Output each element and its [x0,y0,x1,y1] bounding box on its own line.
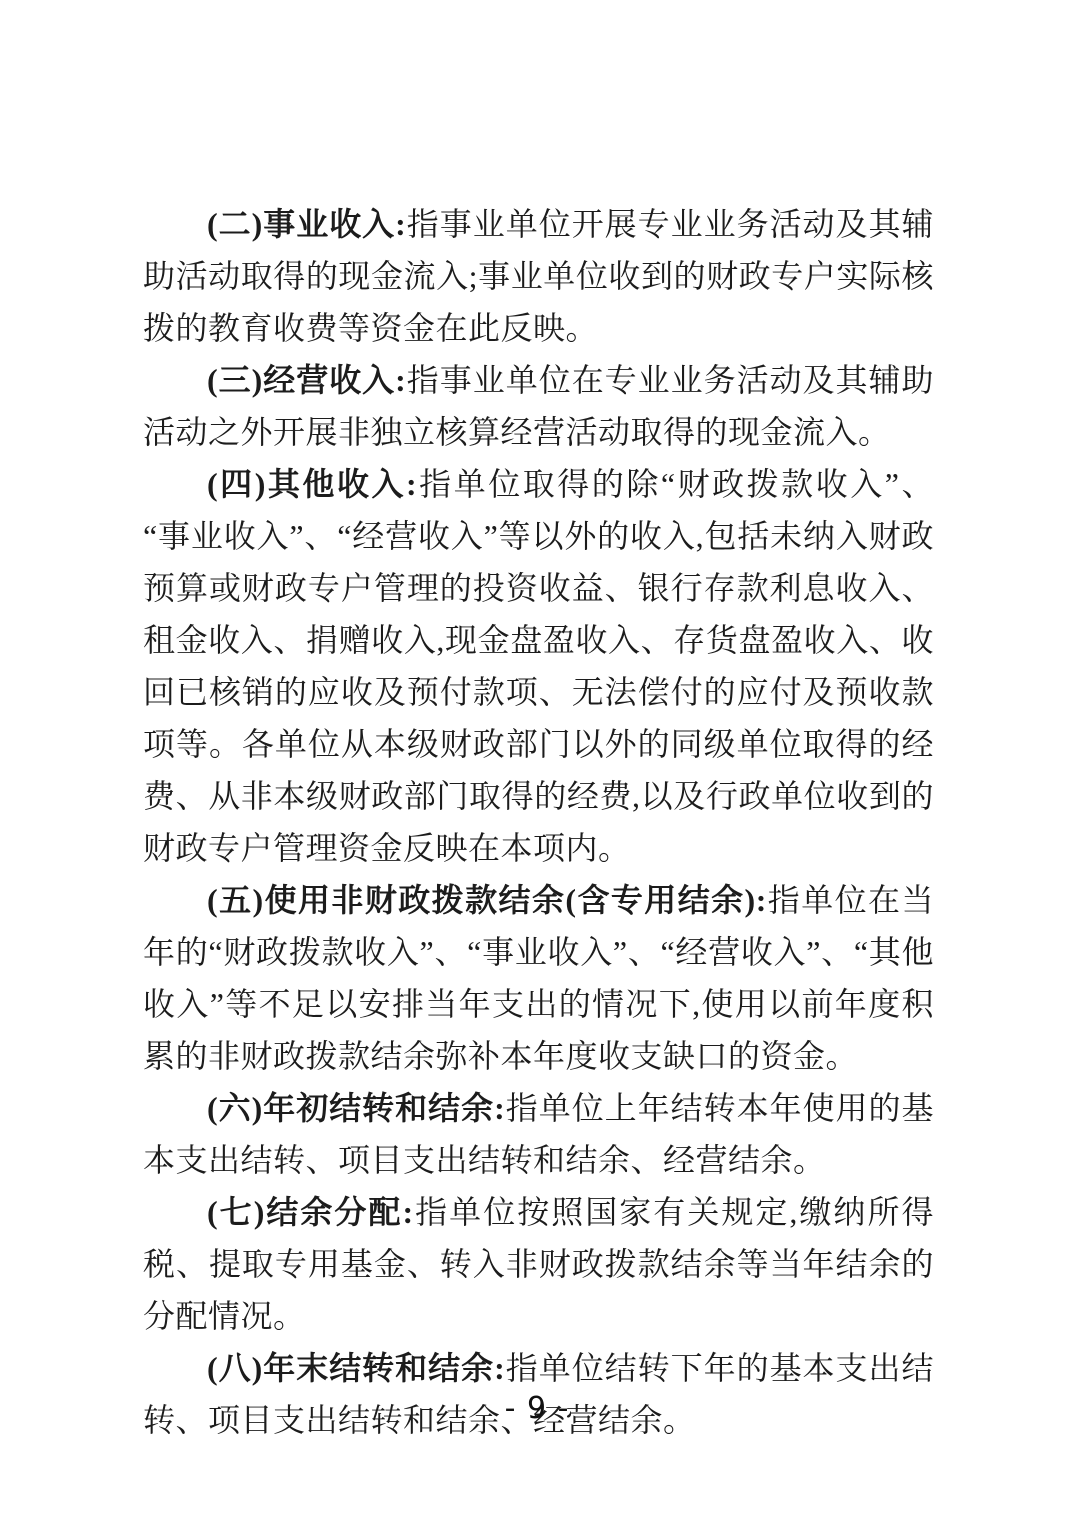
section-paragraph: (六)年初结转和结余:指单位上年结转本年使用的基本支出结转、项目支出结转和结余、… [143,1082,934,1186]
section-heading: (二)事业收入: [207,206,406,242]
section-paragraph: (七)结余分配:指单位按照国家有关规定,缴纳所得税、提取专用基金、转入非财政拨款… [143,1186,934,1342]
document-content: (二)事业收入:指事业单位开展专业业务活动及其辅助活动取得的现金流入;事业单位收… [143,198,934,1446]
section-paragraph: (二)事业收入:指事业单位开展专业业务活动及其辅助活动取得的现金流入;事业单位收… [143,198,934,354]
section-paragraph: (四)其他收入:指单位取得的除“财政拨款收入”、“事业收入”、“经营收入”等以外… [143,458,934,874]
page-number: - 9 - [0,1383,1074,1435]
section-heading: (八)年末结转和结余: [207,1350,505,1386]
section-body: 指单位取得的除“财政拨款收入”、“事业收入”、“经营收入”等以外的收入,包括未纳… [143,466,934,866]
section-paragraph: (三)经营收入:指事业单位在专业业务活动及其辅助活动之外开展非独立核算经营活动取… [143,354,934,458]
section-heading: (五)使用非财政拨款结余(含专用结余): [207,882,767,918]
section-heading: (四)其他收入: [207,466,417,502]
section-heading: (三)经营收入: [207,362,406,398]
section-paragraph: (五)使用非财政拨款结余(含专用结余):指单位在当年的“财政拨款收入”、“事业收… [143,874,934,1082]
section-heading: (七)结余分配: [207,1194,414,1230]
document-page: (二)事业收入:指事业单位开展专业业务活动及其辅助活动取得的现金流入;事业单位收… [0,0,1074,1520]
section-heading: (六)年初结转和结余: [207,1090,505,1126]
